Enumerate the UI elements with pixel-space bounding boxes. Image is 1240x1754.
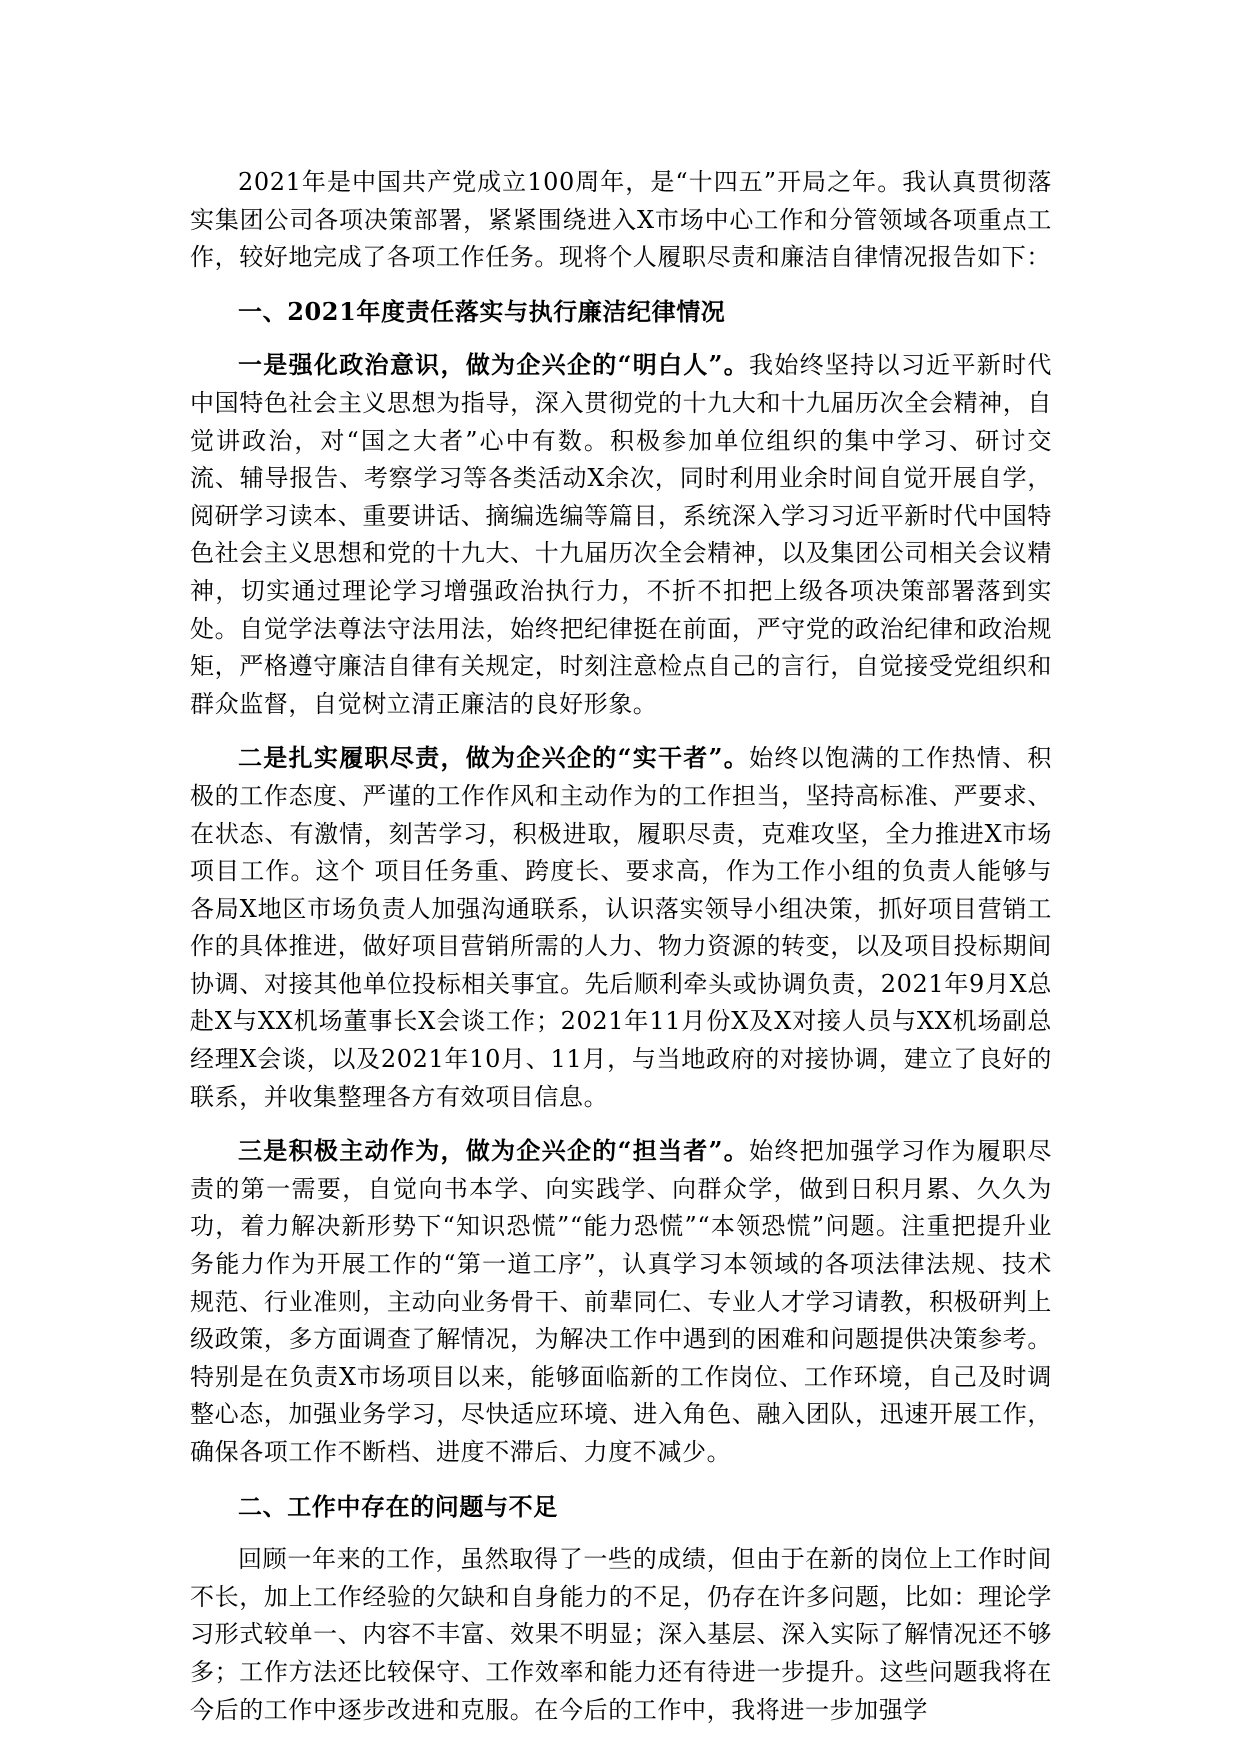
spacer bbox=[190, 723, 1052, 739]
item-3-body: 始终把加强学习作为履职尽责的第一需要，自觉向书本学、向实践学、向群众学，做到日积… bbox=[190, 1137, 1052, 1466]
document-page: 2021年是中国共产党成立100周年，是“十四五”开局之年。我认真贯彻落实集团公… bbox=[190, 164, 1052, 1729]
spacer bbox=[190, 277, 1052, 293]
spacer bbox=[190, 1116, 1052, 1132]
section-2-heading: 二、工作中存在的问题与不足 bbox=[190, 1488, 1052, 1526]
intro-paragraph: 2021年是中国共产党成立100周年，是“十四五”开局之年。我认真贯彻落实集团公… bbox=[190, 164, 1052, 277]
spacer bbox=[190, 330, 1052, 346]
item-2-body: 始终以饱满的工作热情、积极的工作态度、严谨的工作作风和主动作为的工作担当，坚持高… bbox=[190, 744, 1052, 1110]
item-3-lead: 三是积极主动作为，做为企兴企的“担当者”。 bbox=[238, 1136, 749, 1165]
section-1-item-1: 一是强化政治意识，做为企兴企的“明白人”。我始终坚持以习近平新时代中国特色社会主… bbox=[190, 346, 1052, 723]
item-1-lead: 一是强化政治意识，做为企兴企的“明白人”。 bbox=[238, 350, 749, 379]
section-2-paragraph: 回顾一年来的工作，虽然取得了一些的成绩，但由于在新的岗位上工作时间不长，加上工作… bbox=[190, 1541, 1052, 1729]
item-1-body: 我始终坚持以习近平新时代中国特色社会主义思想为指导，深入贯彻党的十九大和十九届历… bbox=[190, 351, 1052, 717]
spacer bbox=[190, 1525, 1052, 1541]
item-2-lead: 二是扎实履职尽责，做为企兴企的“实干者”。 bbox=[238, 743, 749, 772]
section-1-heading: 一、2021年度责任落实与执行廉洁纪律情况 bbox=[190, 293, 1052, 331]
spacer bbox=[190, 1472, 1052, 1488]
section-1-item-2: 二是扎实履职尽责，做为企兴企的“实干者”。始终以饱满的工作热情、积极的工作态度、… bbox=[190, 739, 1052, 1116]
section-1-item-3: 三是积极主动作为，做为企兴企的“担当者”。始终把加强学习作为履职尽责的第一需要，… bbox=[190, 1132, 1052, 1471]
